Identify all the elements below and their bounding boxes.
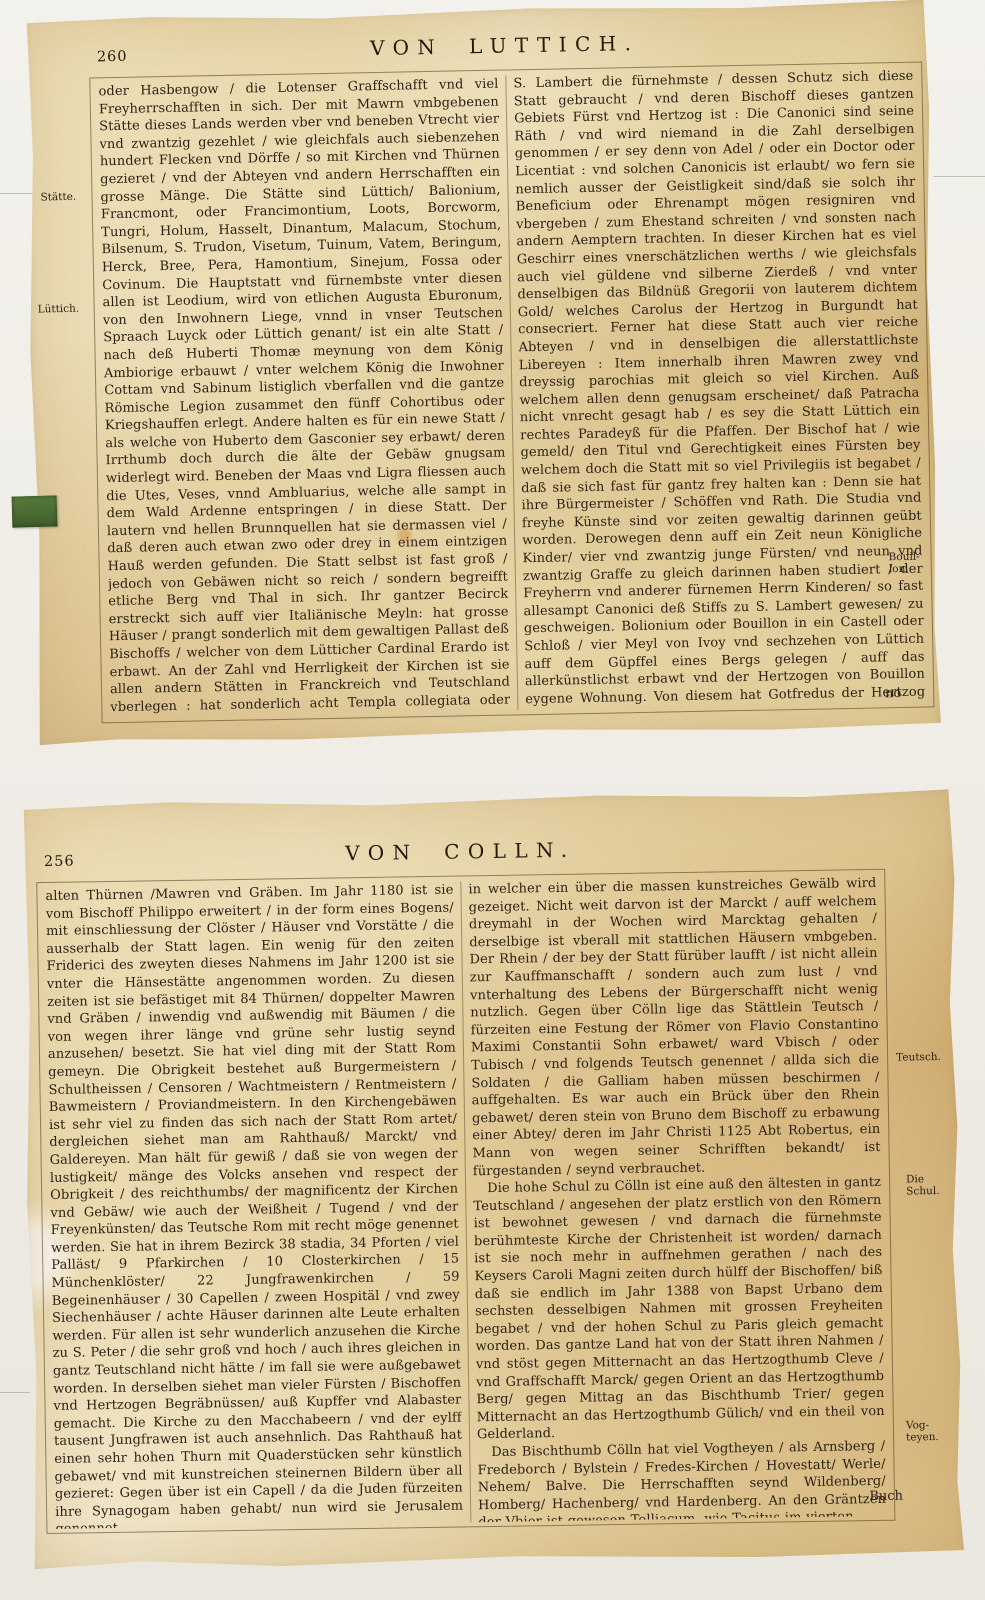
margin-note: Lüttich. [38, 304, 88, 316]
margin-note: Vog- teyen. [906, 1420, 950, 1444]
margin-note: Bouil- lon. [889, 551, 929, 575]
book-page-256: 256 VON COLLN. alten Thürnen /Mawren vnd… [19, 788, 966, 1573]
book-page-260: 260 VON LUTTICH. oder Hasbengow / die Lo… [23, 0, 942, 747]
backing-seam [933, 176, 985, 177]
margin-note: Teutsch. [896, 1052, 946, 1064]
text-column-right: in welcher ein über die massen kunstreic… [468, 875, 886, 1522]
text-column-right: S. Lambert die fürnehmste / dessen Schut… [513, 68, 925, 711]
backing-seam [0, 1392, 30, 1393]
page-title: VON COLLN. [36, 833, 885, 870]
text-frame: oder Hasbengow / die Lotenser Graffschaf… [89, 62, 934, 724]
body-text: oder Hasbengow / die Lotenser Graffschaf… [98, 76, 510, 719]
text-column-left: alten Thürnen /Mawren vnd Gräben. Im Jah… [45, 882, 463, 1529]
body-text: alten Thürnen /Mawren vnd Gräben. Im Jah… [45, 882, 463, 1529]
scan-backdrop: 260 VON LUTTICH. oder Hasbengow / die Lo… [0, 0, 985, 1600]
body-text: Das Bischthumb Cölln hat viel Vogtheyen … [477, 1438, 886, 1522]
backing-seam [0, 193, 36, 194]
page-number: 260 [97, 49, 128, 66]
body-text: S. Lambert die fürnehmste / dessen Schut… [513, 68, 925, 711]
margin-note: Die Schul. [906, 1174, 946, 1198]
catchword: Buch [869, 1489, 903, 1505]
page-number: 256 [44, 854, 75, 870]
margin-note: Stätte. [40, 191, 90, 203]
catchword: no [885, 686, 901, 701]
body-text: in welcher ein über die massen kunstreic… [468, 875, 881, 1180]
page-title: VON LUTTICH. [89, 26, 921, 66]
text-column-left: oder Hasbengow / die Lotenser Graffschaf… [98, 76, 510, 719]
green-tape [12, 495, 58, 527]
text-frame: alten Thürnen /Mawren vnd Gräben. Im Jah… [36, 869, 895, 1534]
body-text: Die hohe Schul zu Cölln ist eine auß den… [473, 1174, 885, 1444]
